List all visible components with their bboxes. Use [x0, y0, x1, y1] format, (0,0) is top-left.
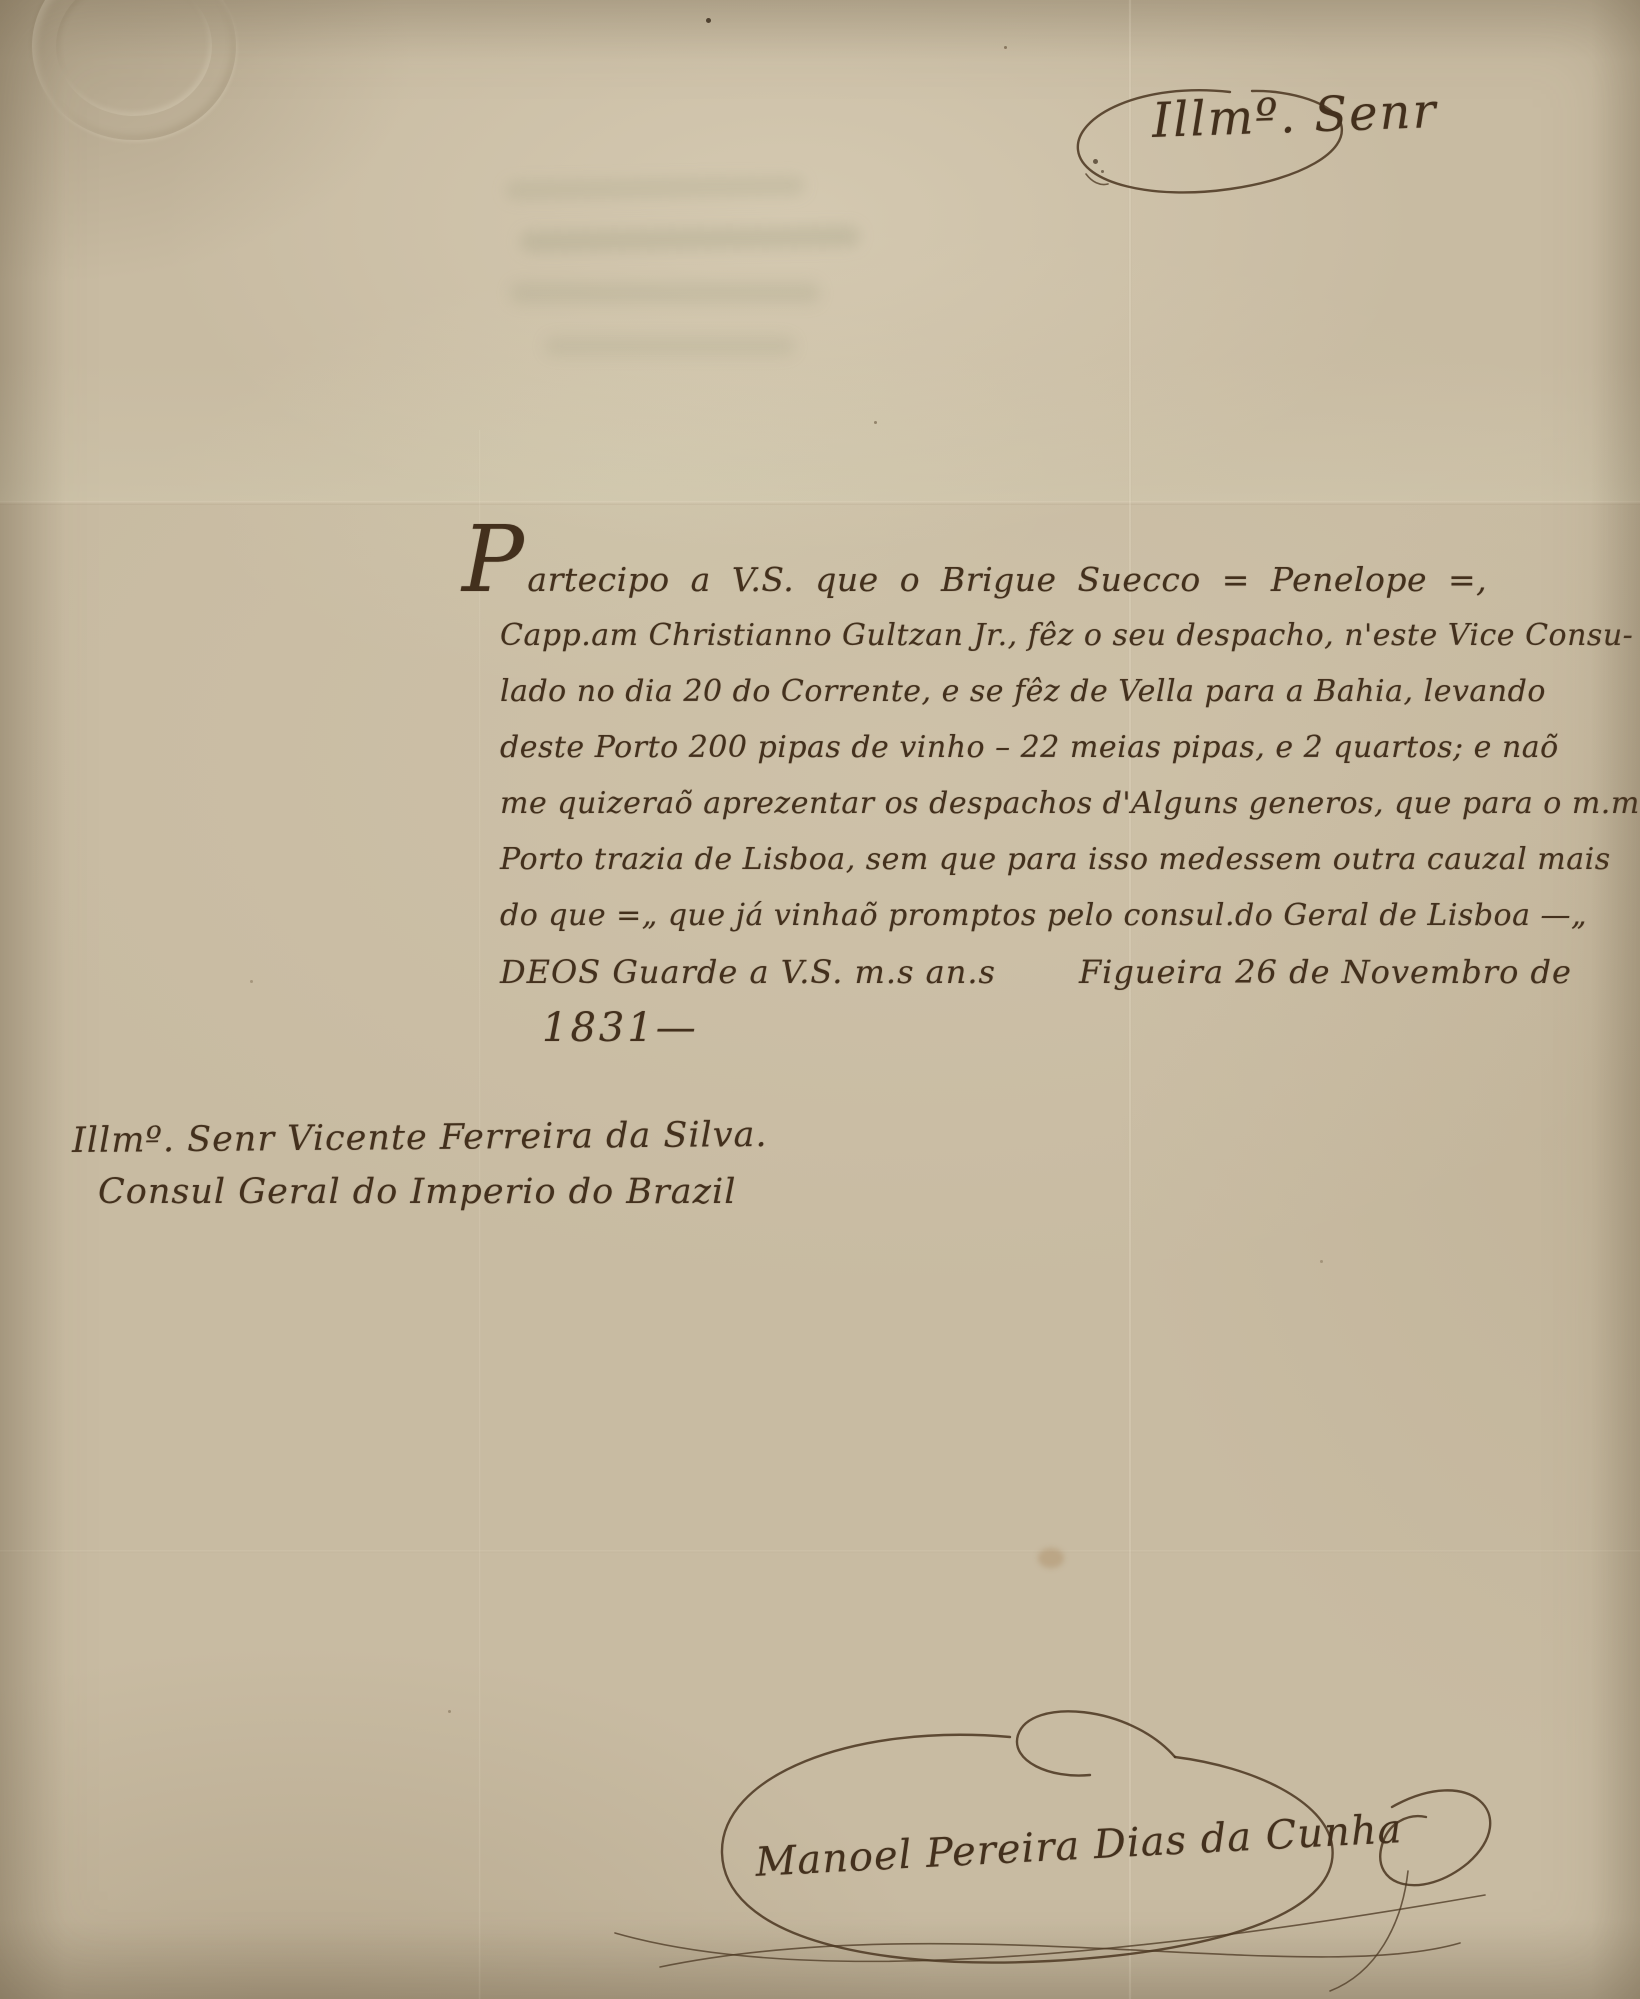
- addressee-block: Illmº. Senr Vicente Ferreira da Silva. C…: [72, 1118, 768, 1212]
- body-line-5: me quizeraõ aprezentar os despachos d'Al…: [500, 776, 1640, 832]
- body-line-4: deste Porto 200 pipas de vinho – 22 meia…: [500, 720, 1640, 776]
- signature-name: Manoel Pereira Dias da Cunha: [754, 1806, 1403, 1886]
- body-line-2: Capp.am Christianno Gultzan Jr., fêz o s…: [500, 608, 1640, 664]
- addressee-title: Consul Geral do Imperio do Brazil: [98, 1172, 768, 1212]
- body-line-year: 1831—: [542, 1000, 1640, 1056]
- scanned-letter: Illmº. Senr Partecipo a V.S. que o Brigu…: [0, 0, 1640, 1999]
- signature-block: Manoel Pereira Dias da Cunha: [530, 1695, 1540, 1995]
- salutation: Illmº. Senr: [1151, 83, 1438, 149]
- body-line-1: Partecipo a V.S. que o Brigue Suecco = P…: [462, 552, 1640, 608]
- letter-body: Partecipo a V.S. que o Brigue Suecco = P…: [500, 552, 1640, 1056]
- addressee-name: Illmº. Senr Vicente Ferreira da Silva.: [72, 1115, 768, 1161]
- body-line-6: Porto trazia de Lisboa, sem que para iss…: [500, 832, 1640, 888]
- body-line-3: lado no dia 20 do Corrente, e se fêz de …: [500, 664, 1640, 720]
- body-line-closing-dateline: DEOS Guarde a V.S. m.s an.s Figueira 26 …: [500, 944, 1640, 1000]
- body-line-7: do que =„ que já vinhaõ promptos pelo co…: [500, 888, 1640, 944]
